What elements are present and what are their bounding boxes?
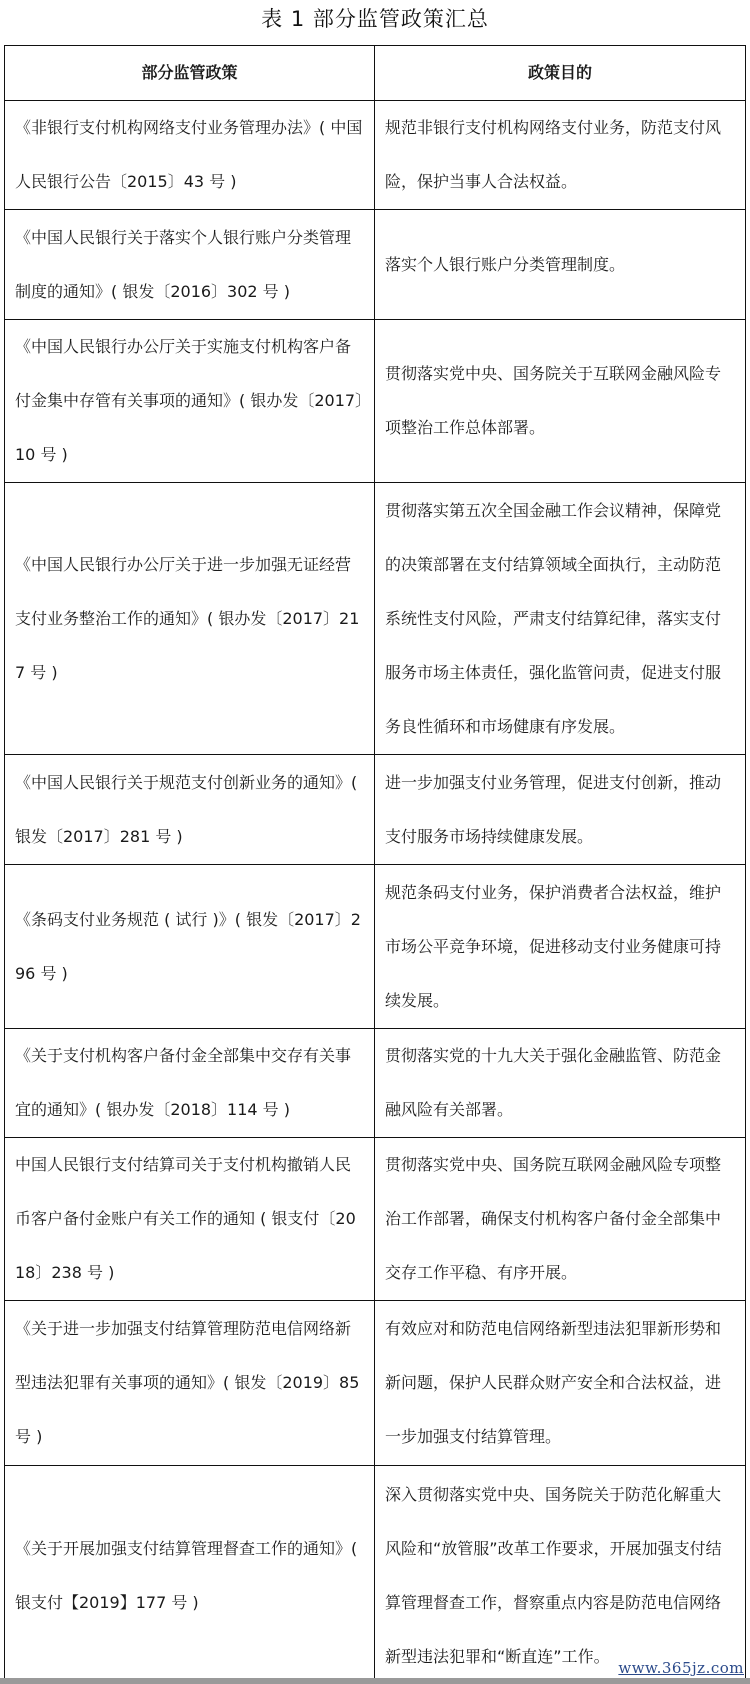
purpose-cell: 贯彻落实党的十九大关于强化金融监管、防范金融风险有关部署。	[375, 1029, 746, 1138]
table-row: 《中国人民银行办公厅关于实施支付机构客户备付金集中存管有关事项的通知》( 银办发…	[5, 320, 746, 483]
table-row: 《非银行支付机构网络支付业务管理办法》( 中国人民银行公告〔2015〕43 号 …	[5, 101, 746, 210]
policy-cell: 《中国人民银行办公厅关于实施支付机构客户备付金集中存管有关事项的通知》( 银办发…	[5, 320, 375, 483]
policy-cell: 《中国人民银行办公厅关于进一步加强无证经营支付业务整治工作的通知》( 银办发〔2…	[5, 483, 375, 755]
purpose-cell: 进一步加强支付业务管理，促进支付创新，推动支付服务市场持续健康发展。	[375, 755, 746, 865]
purpose-cell: 贯彻落实党中央、国务院互联网金融风险专项整治工作部署，确保支付机构客户备付金全部…	[375, 1138, 746, 1301]
policy-cell: 《关于开展加强支付结算管理督查工作的通知》( 银支付【2019】177 号 )	[5, 1466, 375, 1684]
policy-cell: 《中国人民银行关于落实个人银行账户分类管理制度的通知》( 银发〔2016〕302…	[5, 210, 375, 320]
purpose-cell: 贯彻落实第五次全国金融工作会议精神，保障党的决策部署在支付结算领域全面执行，主动…	[375, 483, 746, 755]
header-policy: 部分监管政策	[5, 46, 375, 101]
policy-cell: 《中国人民银行关于规范支付创新业务的通知》( 银发〔2017〕281 号 )	[5, 755, 375, 865]
policy-cell: 《条码支付业务规范 ( 试行 )》( 银发〔2017〕296 号 )	[5, 865, 375, 1029]
table-row: 《中国人民银行关于落实个人银行账户分类管理制度的通知》( 银发〔2016〕302…	[5, 210, 746, 320]
purpose-cell: 规范条码支付业务，保护消费者合法权益，维护市场公平竞争环境，促进移动支付业务健康…	[375, 865, 746, 1029]
header-purpose: 政策目的	[375, 46, 746, 101]
policy-cell: 《非银行支付机构网络支付业务管理办法》( 中国人民银行公告〔2015〕43 号 …	[5, 101, 375, 210]
policy-table: 部分监管政策 政策目的 《非银行支付机构网络支付业务管理办法》( 中国人民银行公…	[4, 45, 746, 1684]
watermark-link[interactable]: www.365jz.com	[618, 1659, 744, 1677]
policy-cell: 《关于支付机构客户备付金全部集中交存有关事宜的通知》( 银办发〔2018〕114…	[5, 1029, 375, 1138]
table-row: 《中国人民银行关于规范支付创新业务的通知》( 银发〔2017〕281 号 ) 进…	[5, 755, 746, 865]
policy-cell: 中国人民银行支付结算司关于支付机构撤销人民币客户备付金账户有关工作的通知 ( 银…	[5, 1138, 375, 1301]
table-title: 表 1 部分监管政策汇总	[0, 4, 750, 34]
purpose-cell: 贯彻落实党中央、国务院关于互联网金融风险专项整治工作总体部署。	[375, 320, 746, 483]
table-row: 《中国人民银行办公厅关于进一步加强无证经营支付业务整治工作的通知》( 银办发〔2…	[5, 483, 746, 755]
table-row: 中国人民银行支付结算司关于支付机构撤销人民币客户备付金账户有关工作的通知 ( 银…	[5, 1138, 746, 1301]
bottom-divider	[0, 1678, 750, 1684]
purpose-cell: 有效应对和防范电信网络新型违法犯罪新形势和新问题，保护人民群众财产安全和合法权益…	[375, 1301, 746, 1466]
table-row: 《关于开展加强支付结算管理督查工作的通知》( 银支付【2019】177 号 ) …	[5, 1466, 746, 1684]
purpose-cell: 深入贯彻落实党中央、国务院关于防范化解重大风险和“放管服”改革工作要求，开展加强…	[375, 1466, 746, 1684]
purpose-cell: 规范非银行支付机构网络支付业务，防范支付风险，保护当事人合法权益。	[375, 101, 746, 210]
policy-cell: 《关于进一步加强支付结算管理防范电信网络新型违法犯罪有关事项的通知》( 银发〔2…	[5, 1301, 375, 1466]
table-header-row: 部分监管政策 政策目的	[5, 46, 746, 101]
table-row: 《条码支付业务规范 ( 试行 )》( 银发〔2017〕296 号 ) 规范条码支…	[5, 865, 746, 1029]
table-row: 《关于支付机构客户备付金全部集中交存有关事宜的通知》( 银办发〔2018〕114…	[5, 1029, 746, 1138]
table-row: 《关于进一步加强支付结算管理防范电信网络新型违法犯罪有关事项的通知》( 银发〔2…	[5, 1301, 746, 1466]
purpose-cell: 落实个人银行账户分类管理制度。	[375, 210, 746, 320]
